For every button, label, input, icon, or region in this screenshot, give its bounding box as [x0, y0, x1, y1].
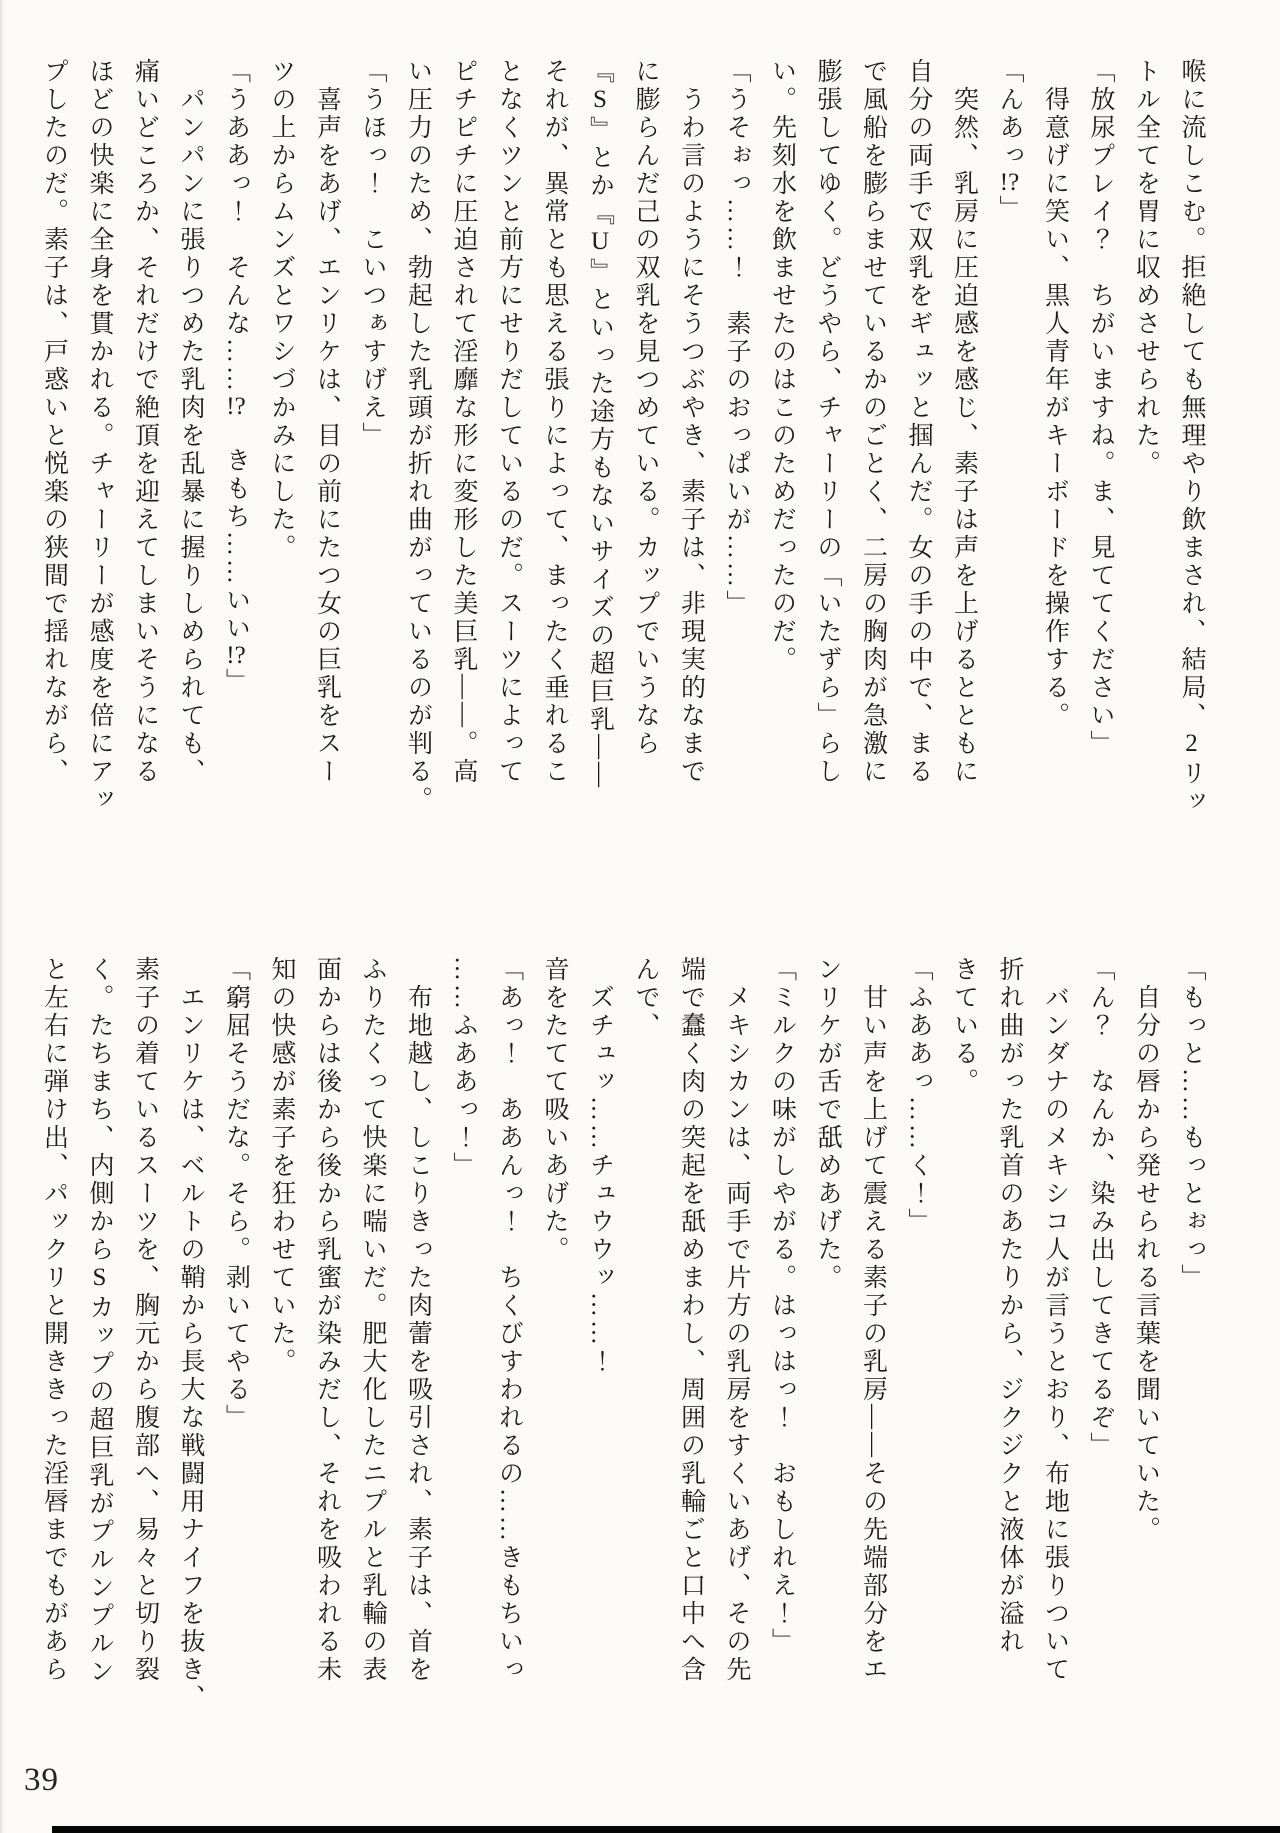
text-line: エンリケは、ベルトの鞘から長大な戦闘用ナイフを抜き、 — [168, 956, 214, 1756]
text-line: ふりたくって快楽に喘いだ。肥大化したニプルと乳輪の表 — [350, 956, 396, 1756]
inline-glyph: …… — [723, 198, 750, 254]
text-line: 「もっと……もっとぉっ」 — [1169, 956, 1215, 1756]
text-line: ほどの快楽に全身を貫かれる。チャーリーが感度を倍にアッ — [77, 58, 123, 820]
text-line: 折れ曲がった乳首のあたりから、ジクジクと液体が溢れ — [987, 956, 1033, 1756]
text-line: 自分の両手で双乳をギュッと掴んだ。女の手の中で、まる — [896, 58, 942, 820]
inline-glyph: …… — [905, 1096, 932, 1152]
text-line: バンダナのメキシコ人が言うとおり、布地に張りついて — [1032, 956, 1078, 1756]
text-line: メキシカンは、両手で片方の乳房をすくいあげ、その先 — [714, 956, 760, 1756]
text-line: ピチピチに圧迫されて淫靡な形に変形した美巨乳——。高 — [441, 58, 487, 820]
text-line: 知の快感が素子を狂わせていた。 — [259, 956, 305, 1756]
text-line: ……ふああっ！」 — [441, 956, 487, 1756]
text-line: ンリケが舌で舐めあげた。 — [805, 956, 851, 1756]
scan-bottom-edge-artifact — [52, 1826, 1280, 1833]
inline-glyph: …… — [496, 1488, 523, 1544]
text-line: 膨張してゆく。どうやら、チャーリーの「いたずら」らし — [805, 58, 851, 820]
text-block-top: 喉に流しこむ。拒絶しても無理やり飲まされ、結局、2リットル全てを胃に収めさせられ… — [31, 58, 1214, 820]
inline-glyph: …… — [723, 534, 750, 590]
text-line: ズチュッ……チュウウッ……！ — [577, 956, 623, 1756]
text-line: 「ふああっ……く！」 — [896, 956, 942, 1756]
text-line: 喉に流しこむ。拒絶しても無理やり飲まされ、結局、2リッ — [1169, 58, 1215, 820]
text-line: 自分の唇から発せられる言葉を聞いていた。 — [1123, 956, 1169, 1756]
text-line: ツの上からムンズとワシづかみにした。 — [259, 58, 305, 820]
inline-glyph: …… — [587, 1292, 614, 1348]
text-line: 素子の着ているスーツを、胸元から腹部へ、易々と切り裂 — [122, 956, 168, 1756]
text-line: 布地越し、しこりきった肉蕾を吸引され、素子は、首を — [395, 956, 441, 1756]
text-line: となくツンと前方にせりだしているのだ。スーツによって — [486, 58, 532, 820]
text-line: それが、異常とも思える張りによって、まったく垂れるこ — [532, 58, 578, 820]
inline-glyph: S — [86, 1264, 113, 1294]
text-line: 面からは後から後から乳蜜が染みだし、それを吸われる未 — [304, 956, 350, 1756]
inline-glyph: —— — [587, 734, 614, 790]
text-line: と左右に弾け出、パックリと開ききった淫唇までもがあら — [31, 956, 77, 1756]
text-line: 突然、乳房に圧迫感を感じ、素子は声を上げるとともに — [941, 58, 987, 820]
text-line: い。先刻水を飲ませたのはこのためだったのだ。 — [759, 58, 805, 820]
text-line: 「うそぉっ……！ 素子のおっぱいが……」 — [714, 58, 760, 820]
text-line: 「窮屈そうだな。そら。剥いてやる」 — [213, 956, 259, 1756]
text-line: 「んあっ!?」 — [987, 58, 1033, 820]
text-line: で風船を膨らませているかのごとく、二房の胸肉が急激に — [850, 58, 896, 820]
text-line: 「ミルクの味がしやがる。はっはっ！ おもしれえ！」 — [759, 956, 805, 1756]
inline-glyph: !? — [996, 170, 1023, 195]
text-line: 「放尿プレイ？ ちがいますね。ま、見ててください」 — [1078, 58, 1124, 820]
text-line: い圧力のため、勃起した乳頭が折れ曲がっているのが判る。 — [395, 58, 441, 820]
text-line: 「うほっ！ こいつぁすげえ」 — [350, 58, 396, 820]
text-line: んで、 — [623, 956, 669, 1756]
inline-glyph: …… — [223, 531, 250, 587]
inline-glyph: 2 — [1178, 730, 1205, 760]
inline-glyph: …… — [587, 1096, 614, 1152]
inline-glyph: …… — [450, 956, 477, 1012]
text-block-bottom: 「もっと……もっとぉっ」 自分の唇から発せられる言葉を聞いていた。「ん？ なんか… — [31, 956, 1214, 1756]
text-line: 音をたてて吸いあげた。 — [532, 956, 578, 1756]
page-number: 39 — [24, 1762, 59, 1799]
inline-glyph: —— — [860, 1404, 887, 1460]
scanned-book-page: 喉に流しこむ。拒絶しても無理やり飲まされ、結局、2リットル全てを胃に収めさせられ… — [0, 0, 1280, 1833]
text-line: 端で蠢く肉の突起を舐めまわし、周囲の乳輪ごと口中へ含 — [668, 956, 714, 1756]
text-line: 『S』とか『U』といった途方もないサイズの超巨乳—— — [577, 58, 623, 820]
text-line: パンパンに張りつめた乳肉を乱暴に握りしめられても、 — [168, 58, 214, 820]
text-line: に膨らんだ己の双乳を見つめている。カップでいうなら — [623, 58, 669, 820]
text-line: うわ言のようにそうつぶやき、素子は、非現実的なまで — [668, 58, 714, 820]
text-line: 甘い声を上げて震える素子の乳房——その先端部分をエ — [850, 956, 896, 1756]
inline-glyph: !? — [223, 394, 250, 419]
inline-glyph: S — [587, 86, 614, 116]
inline-glyph: —— — [450, 674, 477, 730]
text-line: 「うああっ！ そんな……!? きもち……いい!?」 — [213, 58, 259, 820]
inline-glyph: !? — [223, 643, 250, 668]
text-line: きている。 — [941, 956, 987, 1756]
text-line: く。たちまち、内側からSカップの超巨乳がプルンプルン — [77, 956, 123, 1756]
text-line: 痛いどころか、それだけで絶頂を迎えてしまいそうになる — [122, 58, 168, 820]
inline-glyph: …… — [223, 338, 250, 394]
scan-edge-shading — [0, 0, 4, 1833]
text-line: 「あっ！ ああんっ！ ちくびすわれるの……きもちいっ — [486, 956, 532, 1756]
text-line: 得意げに笑い、黒人青年がキーボードを操作する。 — [1032, 58, 1078, 820]
text-line: プしたのだ。素子は、戸惑いと悦楽の狭間で揺れながら、 — [31, 58, 77, 820]
text-line: 「ん？ なんか、染み出してきてるぞ」 — [1078, 956, 1124, 1756]
text-line: トル全てを胃に収めさせられた。 — [1123, 58, 1169, 820]
inline-glyph: U — [587, 228, 614, 258]
text-line: 喜声をあげ、エンリケは、目の前にたつ女の巨乳をスー — [304, 58, 350, 820]
inline-glyph: …… — [1178, 1068, 1205, 1124]
